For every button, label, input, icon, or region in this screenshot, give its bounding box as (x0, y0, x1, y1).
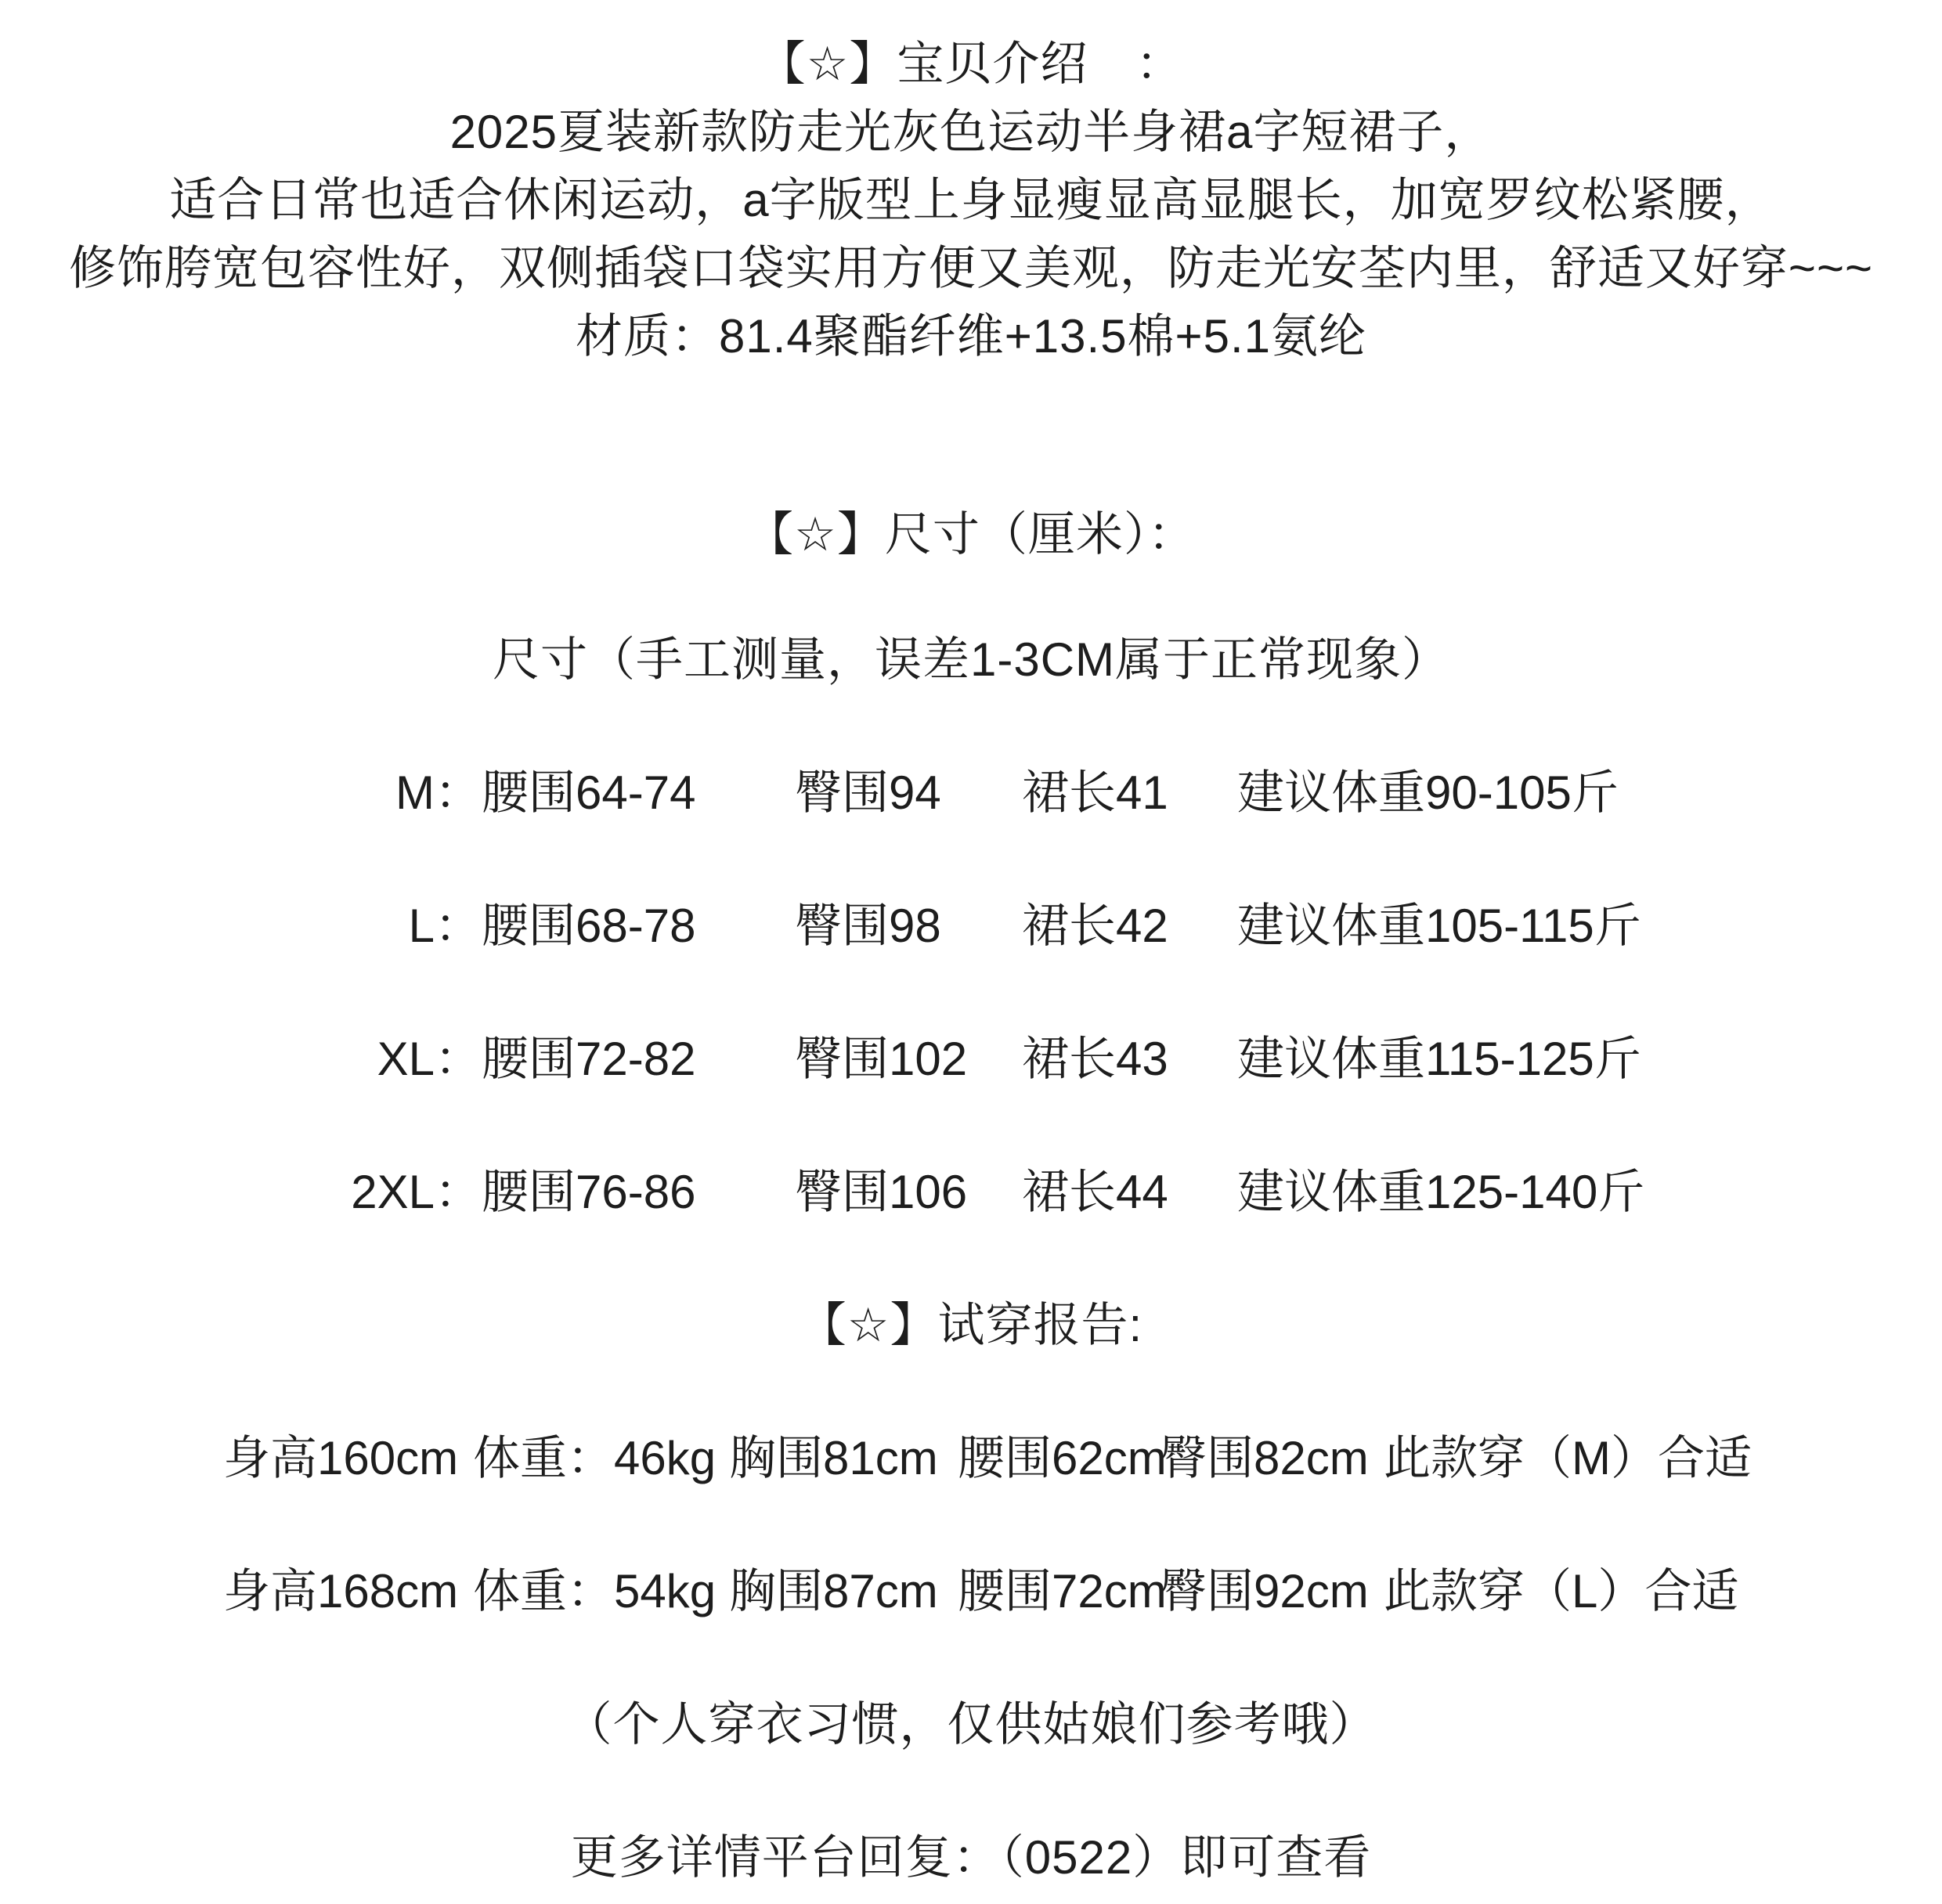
fit-row-2-result: 此款穿（L）合适 (1384, 1557, 1752, 1625)
size-measure-note: 尺寸（手工测量，误差1-3CM属于正常现象） (0, 626, 1942, 694)
fit-row-2-height: 身高168cm (223, 1557, 473, 1625)
fit-row-1-weight: 体重：46kg (473, 1424, 729, 1492)
fit-row-1-waist: 腰围62cm (958, 1424, 1160, 1492)
fit-report-title: 【☆】试穿报告: (0, 1291, 1942, 1359)
size-row-xl-weight: 建议体重115-125斤 (1237, 1025, 1644, 1093)
size-row-l-length: 裙长42 (1022, 892, 1237, 960)
size-row-2xl-hip: 臀围106 (795, 1158, 1022, 1226)
size-row-m-label: M： (333, 759, 482, 827)
size-row-l-waist: 腰围68-78 (482, 892, 795, 960)
fit-row-1-result: 此款穿（M）合适 (1384, 1424, 1752, 1492)
intro-material: 材质：81.4聚酯纤维+13.5棉+5.1氨纶 (0, 302, 1942, 370)
intro-title: 【☆】宝贝介绍 ： (0, 30, 1942, 98)
fit-row-1-hip: 臀围82cm (1160, 1424, 1384, 1492)
fit-row-2-weight: 体重：54kg (473, 1557, 729, 1625)
size-row-xl-waist: 腰围72-82 (482, 1025, 795, 1093)
size-row-xl-hip: 臀围102 (795, 1025, 1022, 1093)
fit-row-2-bust: 胸围87cm (729, 1557, 958, 1625)
size-row-l-hip: 臀围98 (795, 892, 1022, 960)
size-row-xl-label: XL： (333, 1025, 482, 1093)
size-section-title: 【☆】尺寸（厘米）： (0, 500, 1942, 568)
size-row-2xl-weight: 建议体重125-140斤 (1237, 1158, 1644, 1226)
size-row-m-weight: 建议体重90-105斤 (1237, 759, 1644, 827)
intro-line-1: 2025夏装新款防走光灰色运动半身裙a字短裙子， (0, 98, 1942, 166)
size-row-xl-length: 裙长43 (1022, 1025, 1237, 1093)
size-row-l-weight: 建议体重105-115斤 (1237, 892, 1644, 960)
fit-row-1-bust: 胸围81cm (729, 1424, 958, 1492)
size-row-m-waist: 腰围64-74 (482, 759, 795, 827)
size-row-l-label: L： (333, 892, 482, 960)
size-row-m-length: 裙长41 (1022, 759, 1237, 827)
fit-row-2-waist: 腰围72cm (958, 1557, 1160, 1625)
size-chart: M： 腰围64-74 臀围94 裙长41 建议体重90-105斤 L： 腰围68… (333, 759, 1609, 1226)
fit-reference-note: （个人穿衣习惯，仅供姑娘们参考哦） (0, 1690, 1942, 1758)
fit-row-1-height: 身高160cm (223, 1424, 473, 1492)
more-details-reply-hint: 更多详情平台回复：（0522）即可查看 (0, 1823, 1942, 1891)
size-row-2xl-length: 裙长44 (1022, 1158, 1237, 1226)
intro-line-3: 修饰胯宽包容性好，双侧插袋口袋实用方便又美观，防走光安荃内里，舒适又好穿~~~ (0, 234, 1942, 302)
size-row-m-hip: 臀围94 (795, 759, 1022, 827)
size-row-2xl-label: 2XL： (333, 1158, 482, 1226)
fit-report-table: 身高160cm 体重：46kg 胸围81cm 腰围62cm 臀围82cm 此款穿… (223, 1424, 1719, 1625)
size-row-2xl-waist: 腰围76-86 (482, 1158, 795, 1226)
product-intro-section: 【☆】宝贝介绍 ： 2025夏装新款防走光灰色运动半身裙a字短裙子， 适合日常也… (0, 0, 1942, 370)
fit-row-2-hip: 臀围92cm (1160, 1557, 1384, 1625)
intro-line-2: 适合日常也适合休闲运动，a字版型上身显瘦显高显腿长，加宽罗纹松紧腰， (0, 166, 1942, 234)
